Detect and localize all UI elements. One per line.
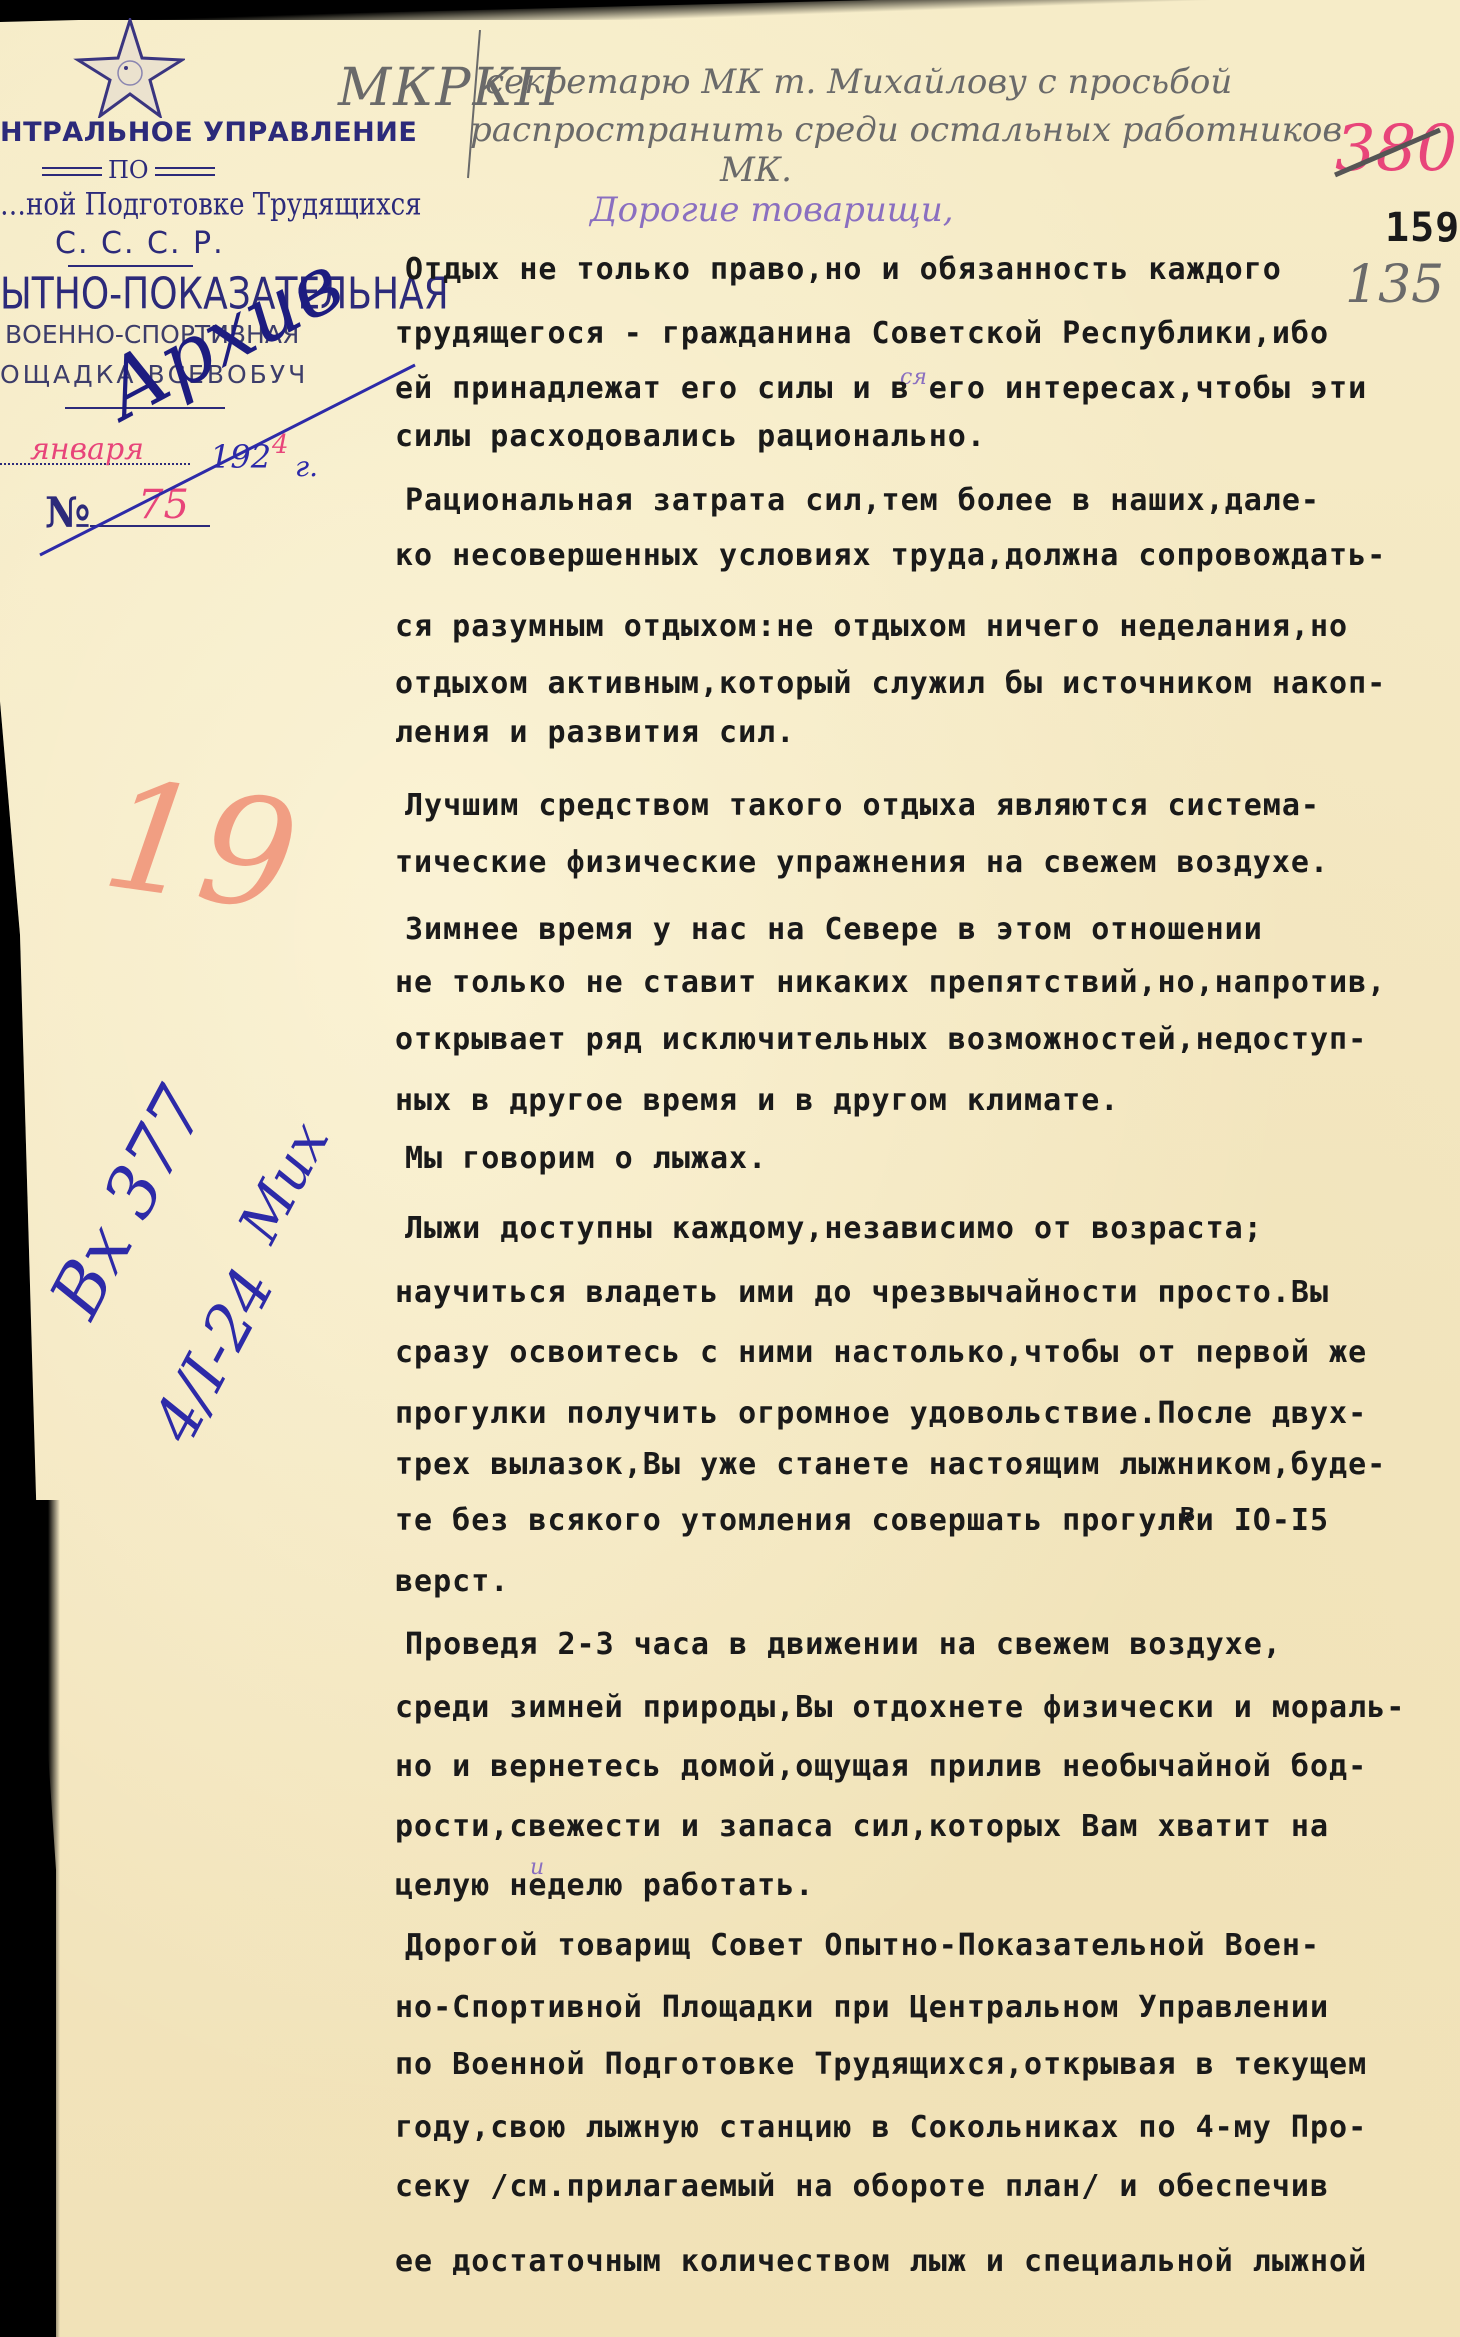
body-line: но-Спортивной Площадки при Центральном У… <box>395 1990 1329 2025</box>
body-line: не только не ставит никаких препятствий,… <box>395 965 1386 1000</box>
letterhead-rule <box>42 167 102 169</box>
body-line: среди зимней природы,Вы отдохнете физиче… <box>395 1690 1405 1725</box>
body-line: Проведя 2-3 часа в движении на свежем во… <box>405 1627 1282 1662</box>
body-line: отдыхом активным,который служил бы источ… <box>395 666 1386 701</box>
body-line: прогулки получить огромное удовольствие.… <box>395 1396 1367 1431</box>
letterhead-line-1: НТРАЛЬНОЕ УПРАВЛЕНИЕ <box>0 117 417 148</box>
body-line: ления и развития сил. <box>395 715 795 750</box>
letterhead-line-3: …ной Подготовке Трудящихся <box>0 187 422 223</box>
strike-line <box>1330 120 1450 180</box>
pencil-bracket <box>465 30 485 180</box>
body-line: Рациональная затрата сил,тем более в наш… <box>405 483 1320 518</box>
body-line: верст. <box>395 1564 509 1599</box>
body-line: рости,свежести и запаса сил,которых Вам … <box>395 1809 1329 1844</box>
archive-strike-line <box>30 360 420 560</box>
pencil-note-line-2: распространить среди остальных работнико… <box>470 110 1342 150</box>
letterhead-line-4: С. С. С. Р. <box>55 226 225 261</box>
body-line: научиться владеть ими до чрезвычайности … <box>395 1275 1329 1310</box>
body-line: но и вернетесь домой,ощущая прилив необы… <box>395 1749 1367 1784</box>
letterhead-line-2: ПО <box>108 156 149 184</box>
body-line: Мы говорим о лыжах. <box>405 1141 767 1176</box>
red-margin-mark: 19 <box>94 748 307 947</box>
letterhead-rule <box>68 265 193 267</box>
body-line: те без всякого утомления совершать прогу… <box>395 1503 1329 1538</box>
body-line: ных в другое время и в другом климате. <box>395 1083 1119 1118</box>
body-line: ее достаточным количеством лыж и специал… <box>395 2244 1367 2279</box>
body-line: Зимнее время у нас на Севере в этом отно… <box>405 912 1263 947</box>
scan-edge-left <box>0 1500 60 2337</box>
body-line: силы расходовались рационально. <box>395 419 986 454</box>
body-line: по Военной Подготовке Трудящихся,открыва… <box>395 2047 1367 2082</box>
body-line: целую неделю работать. <box>395 1868 814 1903</box>
body-line: трудящегося - гражданина Советской Респу… <box>395 316 1329 351</box>
letterhead-rule <box>155 174 215 176</box>
page-number-typed: 159 <box>1385 205 1460 251</box>
body-line: тические физические упражнения на свежем… <box>395 845 1329 880</box>
pencil-note-line-1: секретарю МК т. Михайлову с просьбой <box>485 62 1232 102</box>
salutation-handwritten: Дорогие товарищи, <box>590 190 954 230</box>
body-line: Лыжи доступны каждому,независимо от возр… <box>405 1211 1263 1246</box>
body-line: ко несовершенных условиях труда,должна с… <box>395 538 1386 573</box>
body-line: открывает ряд исключительных возможносте… <box>395 1022 1367 1057</box>
body-line: сразу освоитесь с ними настолько,чтобы о… <box>395 1335 1367 1370</box>
pencil-note-line-3: МК. <box>720 150 792 190</box>
body-line: Дорогой товарищ Совет Опытно-Показательн… <box>405 1928 1320 1963</box>
body-line: ся разумным отдыхом:не отдыхом ничего не… <box>395 609 1348 644</box>
scan-edge-top <box>0 0 1460 20</box>
body-line: году,свою лыжную станцию в Сокольниках п… <box>395 2110 1367 2145</box>
body-line: трех вылазок,Вы уже станете настоящим лы… <box>395 1447 1386 1482</box>
body-line: секу /см.прилагаемый на обороте план/ и … <box>395 2169 1329 2204</box>
letterhead-rule <box>42 174 102 176</box>
body-line: Лучшим средством такого отдыха являются … <box>405 788 1320 823</box>
star-emblem-icon <box>70 18 185 118</box>
letterhead-rule <box>155 167 215 169</box>
page-number-pencil: 135 <box>1345 255 1444 315</box>
body-line: Отдых не только право,но и обязанность к… <box>405 252 1282 287</box>
body-line: ей принадлежат его силы и в его интереса… <box>395 371 1367 406</box>
